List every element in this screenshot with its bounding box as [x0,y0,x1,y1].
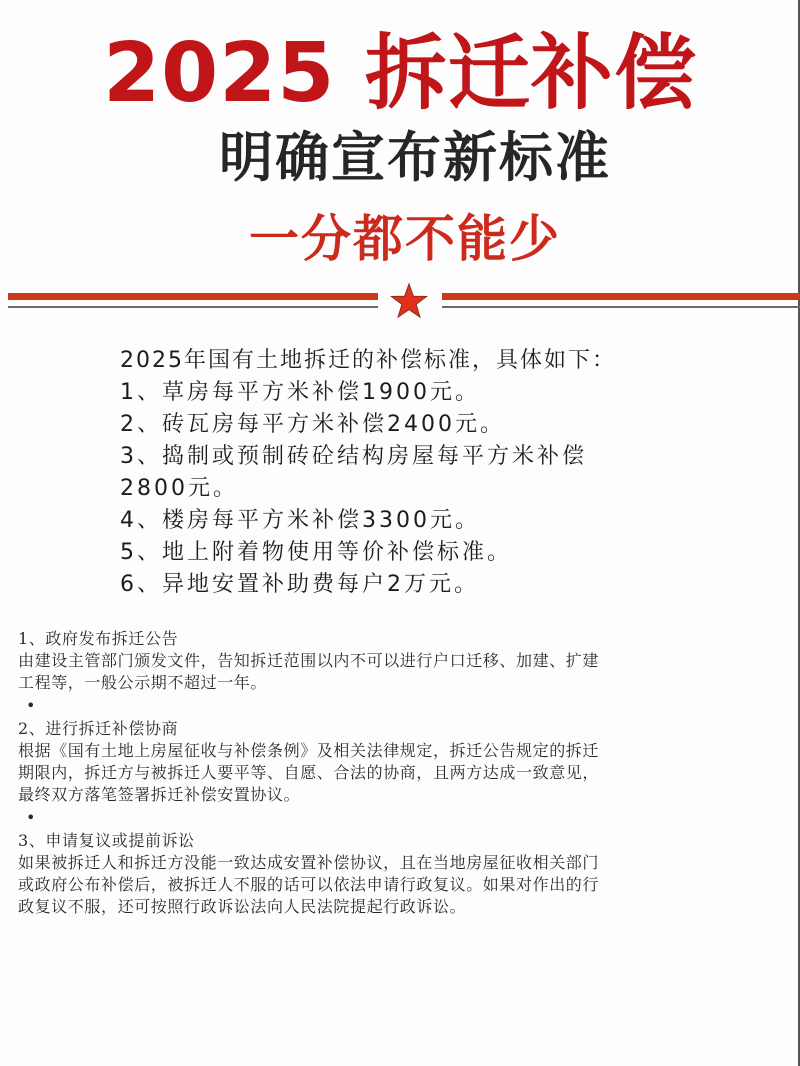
page-slogan: 一分都不能少 [0,207,800,271]
step-text-line: 工程等，一般公示期不超过一年。 [18,672,800,694]
standard-item: 2、砖瓦房每平方米补偿2400元。 [120,409,720,441]
step-text-line: 期限内，拆迁方与被拆迁人要平等、自愿、合法的协商，且两方达成一致意见， [18,762,800,784]
process-step-1: 1、政府发布拆迁公告 由建设主管部门颁发文件，告知拆迁范围以内不可以进行户口迁移… [18,628,800,718]
step-text-line: 政复议不服，还可按照行政诉讼法向人民法院提起行政诉讼。 [18,896,800,918]
decorative-divider [0,288,800,318]
divider-line-left [8,306,378,308]
step-text-line: 根据《国有土地上房屋征收与补偿条例》及相关法律规定，拆迁公告规定的拆迁 [18,740,800,762]
star-icon [390,282,428,320]
page-title: 2025 拆迁补偿 [0,26,800,122]
divider-line-right [442,306,800,308]
process-step-3: 3、申请复议或提前诉讼 如果被拆迁人和拆迁方没能一致达成安置补偿协议，且在当地房… [18,830,800,918]
process-step-2: 2、进行拆迁补偿协商 根据《国有土地上房屋征收与补偿条例》及相关法律规定，拆迁公… [18,718,800,830]
standard-item-continued: 2800元。 [120,473,720,505]
step-title: 3、申请复议或提前诉讼 [18,830,800,852]
bullet-dot: • [18,806,800,830]
step-text-line: 由建设主管部门颁发文件，告知拆迁范围以内不可以进行户口迁移、加建、扩建 [18,650,800,672]
divider-bar-left [8,293,378,300]
page-subtitle: 明确宣布新标准 [0,126,800,190]
standard-item: 3、捣制或预制砖砼结构房屋每平方米补偿 [120,441,720,473]
compensation-standards: 2025年国有土地拆迁的补偿标准，具体如下： 1、草房每平方米补偿1900元。 … [120,345,720,601]
divider-bar-right [442,293,800,300]
bullet-dot: • [18,694,800,718]
step-text-line: 最终双方落笔签署拆迁补偿安置协议。 [18,784,800,806]
standard-item: 6、异地安置补助费每户2万元。 [120,569,720,601]
step-text-line: 或政府公布补偿后，被拆迁人不服的话可以依法申请行政复议。如果对作出的行 [18,874,800,896]
standard-item: 4、楼房每平方米补偿3300元。 [120,505,720,537]
demolition-process: 1、政府发布拆迁公告 由建设主管部门颁发文件，告知拆迁范围以内不可以进行户口迁移… [18,628,800,918]
step-title: 1、政府发布拆迁公告 [18,628,800,650]
step-text-line: 如果被拆迁人和拆迁方没能一致达成安置补偿协议，且在当地房屋征收相关部门 [18,852,800,874]
step-title: 2、进行拆迁补偿协商 [18,718,800,740]
standards-intro: 2025年国有土地拆迁的补偿标准，具体如下： [120,345,720,377]
standard-item: 5、地上附着物使用等价补偿标准。 [120,537,720,569]
standard-item: 1、草房每平方米补偿1900元。 [120,377,720,409]
